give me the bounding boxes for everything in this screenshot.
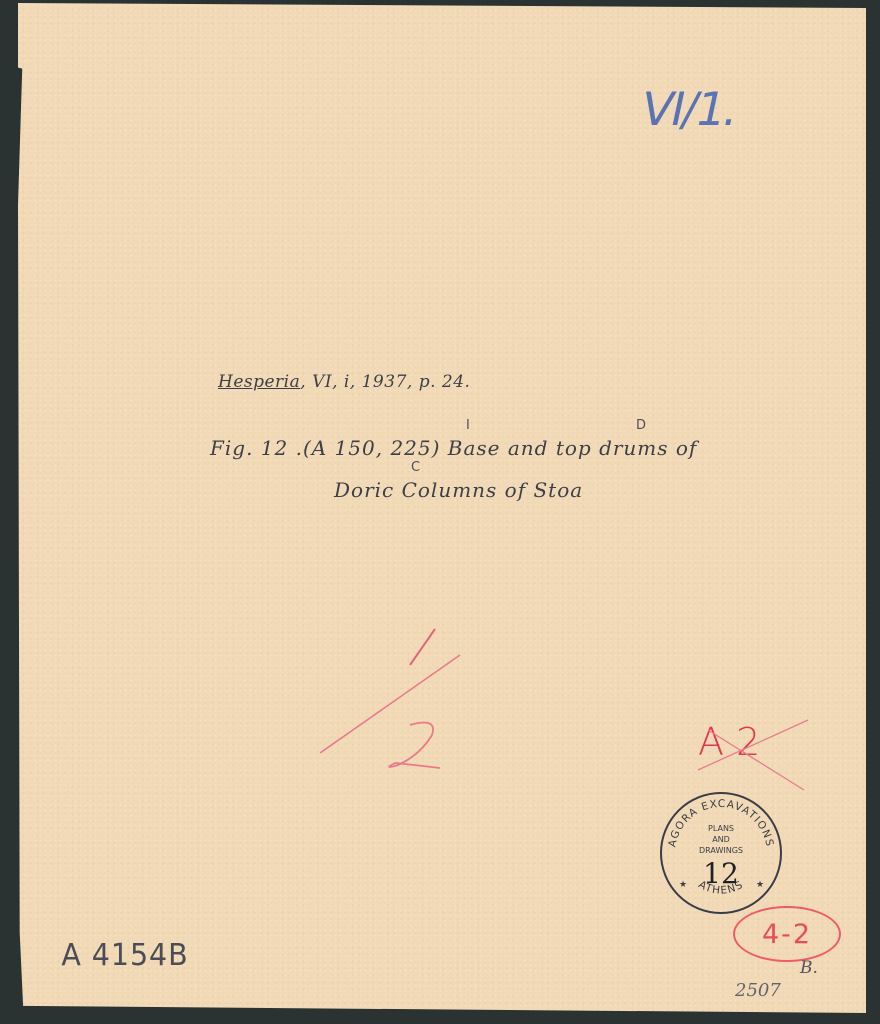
scale-fraction-mark: [320, 625, 470, 775]
accession-number: A 4154B: [61, 938, 188, 973]
svg-text:12: 12: [703, 857, 739, 890]
strike-through: [694, 712, 814, 792]
agora-excavations-stamp: AGORA EXCAVATIONS ATHENS PLANS AND DRAWI…: [659, 791, 783, 915]
caption-line-1: Fig. 12 .(A 150, 225) Base and top drums…: [210, 436, 697, 460]
svg-text:AND: AND: [712, 835, 730, 844]
caption-line-2: Doric Columns of Stoa: [334, 478, 583, 502]
pencil-letter: B.: [800, 958, 818, 978]
svg-text:DRAWINGS: DRAWINGS: [699, 846, 743, 855]
pencil-number: 2507: [735, 980, 781, 1001]
svg-text:★: ★: [756, 880, 764, 890]
reference-details: , VI, i, 1937, p. 24.: [300, 372, 470, 392]
red-oval-mark: 4-2: [733, 906, 841, 962]
svg-text:★: ★: [679, 880, 687, 890]
annotation-columns: C: [411, 460, 420, 475]
annotation-drums: D: [636, 418, 646, 433]
journal-name: Hesperia: [218, 372, 300, 392]
catalog-mark: VI/1.: [636, 82, 742, 136]
svg-text:PLANS: PLANS: [708, 824, 734, 833]
publication-reference: Hesperia, VI, i, 1937, p. 24.: [218, 372, 470, 392]
annotation-top: I: [466, 418, 470, 433]
